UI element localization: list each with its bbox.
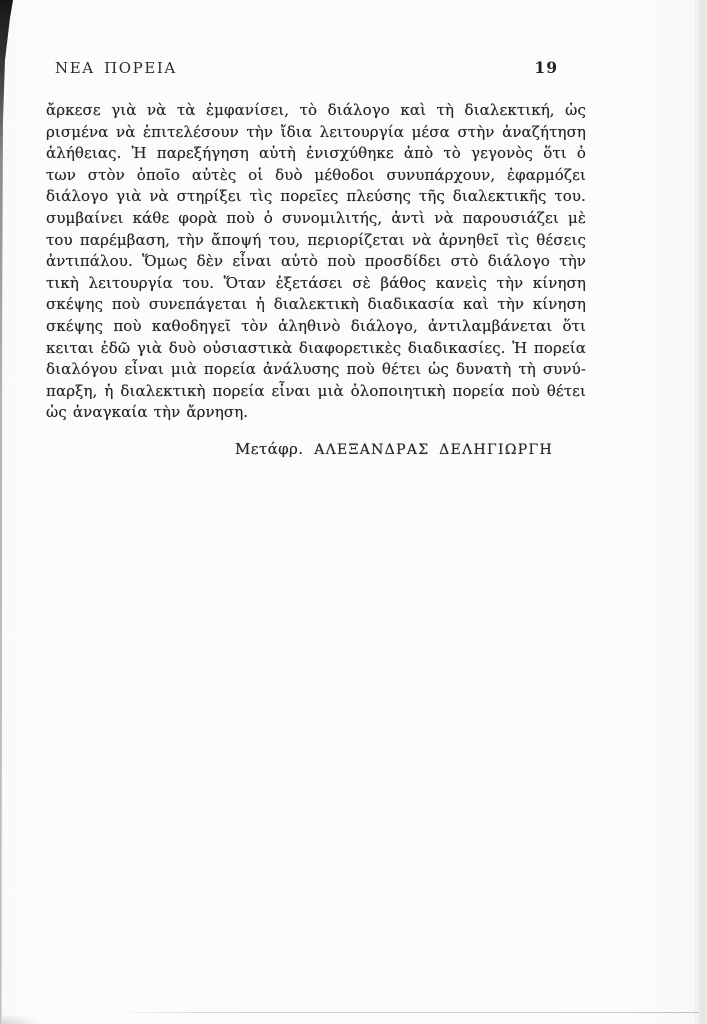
scan-edge-left-artifact bbox=[0, 0, 16, 1024]
scanned-book-page: ΝΕΑ ΠΟΡΕΙΑ 19 ἄρκεσε γιὰ νὰ τὰ ἐμφανίσει… bbox=[0, 0, 707, 1024]
body-line: ἄρκεσε γιὰ νὰ τὰ ἐμφανίσει, τὸ διάλογο κ… bbox=[46, 100, 586, 122]
body-line: παρξη, ἡ διαλεκτικὴ πορεία εἶναι μιὰ ὁλο… bbox=[46, 381, 586, 403]
scan-smudge-artifact bbox=[2, 1014, 42, 1024]
translator-credit: Μετάφρ. ΑΛΕΞΑΝΔΡΑΣ ΔΕΛΗΓΙΩΡΓΗ bbox=[46, 440, 586, 458]
body-line: ἀλήθειας. Ἡ παρεξήγηση αὐτὴ ἐνισχύθηκε ἀ… bbox=[46, 143, 586, 165]
scan-band-right-artifact bbox=[695, 0, 707, 1024]
body-line: συμβαίνει κάθε φορὰ ποὺ ὁ συνομιλιτής, ἀ… bbox=[46, 208, 586, 230]
body-line: του παρέμβαση, τὴν ἄποψή του, περιορίζετ… bbox=[46, 230, 586, 252]
body-line: διάλογο γιὰ νὰ στηρίξει τὶς πορεῖες πλεύ… bbox=[46, 186, 586, 208]
body-line: κειται ἐδῶ γιὰ δυὸ οὐσιαστικὰ διαφορετικ… bbox=[46, 338, 586, 360]
body-line: σκέψης ποὺ καθοδηγεῖ τὸν ἀληθινὸ διάλογο… bbox=[46, 316, 586, 338]
body-line: των στὸν ὁποῖο αὐτὲς οἱ δυὸ μέθοδοι συνυ… bbox=[46, 165, 586, 187]
running-title: ΝΕΑ ΠΟΡΕΙΑ bbox=[55, 59, 177, 77]
body-line: ὡς ἀναγκαία τὴν ἄρνηση. bbox=[46, 402, 586, 424]
page-header: ΝΕΑ ΠΟΡΕΙΑ 19 bbox=[46, 58, 586, 77]
body-paragraph: ἄρκεσε γιὰ νὰ τὰ ἐμφανίσει, τὸ διάλογο κ… bbox=[46, 100, 586, 424]
translator-name: ΑΛΕΞΑΝΔΡΑΣ ΔΕΛΗΓΙΩΡΓΗ bbox=[314, 442, 553, 458]
body-line: διαλόγου εἶναι μιὰ πορεία ἀνάλυσης ποὺ θ… bbox=[46, 359, 586, 381]
scan-line-bottom-artifact bbox=[110, 1012, 699, 1013]
page-number: 19 bbox=[534, 58, 558, 77]
body-line: ρισμένα νὰ ἐπιτελέσουν τὴν ἴδια λειτουργ… bbox=[46, 122, 586, 144]
body-line: ἀντιπάλου. Ὅμως δὲν εἶναι αὐτὸ ποὺ προσδ… bbox=[46, 251, 586, 273]
translator-credit-prefix: Μετάφρ. bbox=[235, 440, 303, 458]
body-line: σκέψης ποὺ συνεπάγεται ἡ διαλεκτικὴ διαδ… bbox=[46, 294, 586, 316]
body-line: τικὴ λειτουργία του. Ὅταν ἐξετάσει σὲ βά… bbox=[46, 273, 586, 295]
page-content: ΝΕΑ ΠΟΡΕΙΑ 19 ἄρκεσε γιὰ νὰ τὰ ἐμφανίσει… bbox=[46, 58, 586, 458]
